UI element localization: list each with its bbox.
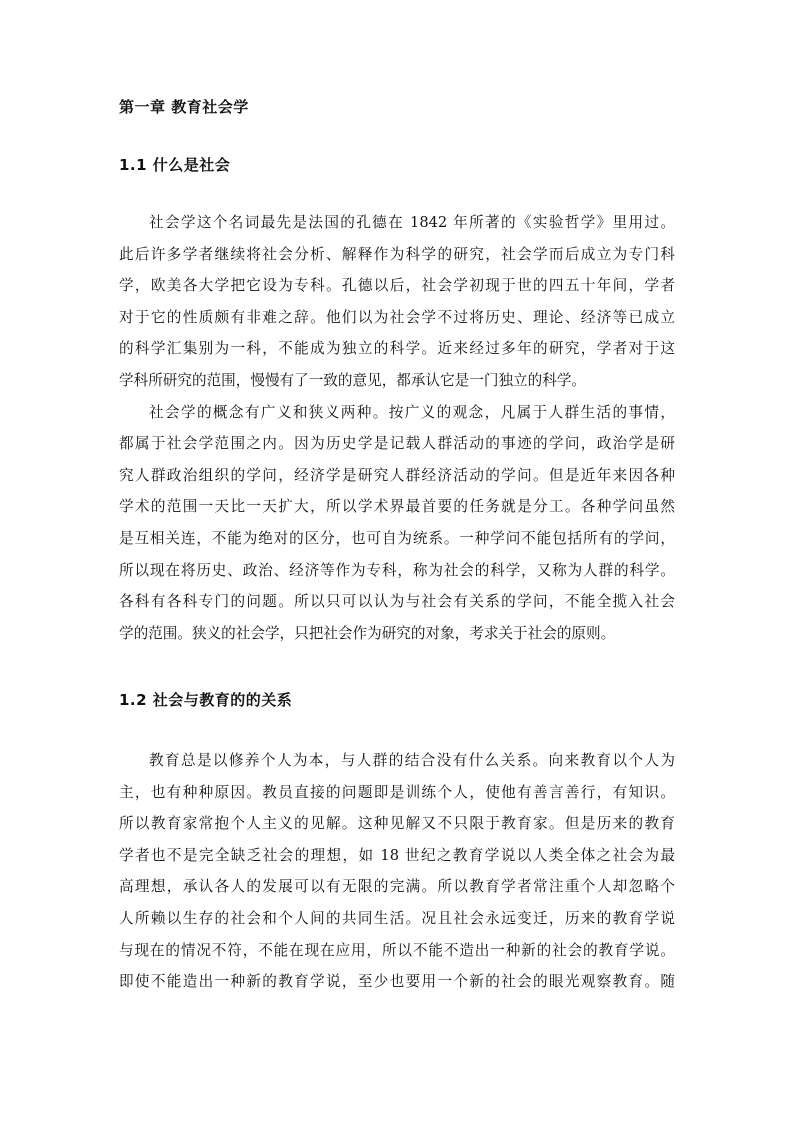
- paragraph-line: 人所赖以生存的社会和个人间的共同生活。况且社会永远变迁，历来的教育学说: [119, 908, 675, 940]
- section-1-1-body: 社会学这个名词最先是法国的孔德在 1842 年所著的《实验哲学》里用过。 此后许…: [119, 212, 675, 654]
- paragraph-line: 社会学的概念有广义和狭义两种。按广义的观念，凡属于人群生活的事情，: [119, 402, 675, 434]
- chapter-title: 第一章 教育社会学: [119, 96, 249, 118]
- paragraph-line: 的科学汇集别为一科，不能成为独立的科学。近来经过多年的研究，学者对于这: [119, 338, 675, 370]
- paragraph-line: 教育总是以修养个人为本，与人群的结合没有什么关系。向来教育以个人为: [119, 750, 675, 782]
- paragraph-line: 学的范围。狭义的社会学，只把社会作为研究的对象，考求关于社会的原则。: [119, 623, 675, 655]
- paragraph-line: 学科所研究的范围，慢慢有了一致的意见，都承认它是一门独立的科学。: [119, 370, 675, 402]
- paragraph-line: 学者也不是完全缺乏社会的理想，如 18 世纪之教育学说以人类全体之社会为最: [119, 845, 675, 877]
- paragraph-line: 都属于社会学范围之内。因为历史学是记载人群活动的事迹的学问，政治学是研: [119, 433, 675, 465]
- paragraph-line: 社会学这个名词最先是法国的孔德在 1842 年所著的《实验哲学》里用过。: [119, 212, 675, 244]
- paragraph-line: 所以现在将历史、政治、经济等作为专科，称为社会的科学，又称为人群的科学。: [119, 560, 675, 592]
- paragraph-line: 即使不能造出一种新的教育学说，至少也要用一个新的社会的眼光观察教育。随: [119, 971, 675, 1003]
- paragraph-line: 与现在的情况不符，不能在现在应用，所以不能不造出一种新的社会的教育学说。: [119, 940, 675, 972]
- section-title-1-1: 1.1 什么是社会: [119, 154, 230, 176]
- paragraph-line: 此后许多学者继续将社会分析、解释作为科学的研究，社会学而后成立为专门科: [119, 244, 675, 276]
- paragraph-line: 主，也有种种原因。教员直接的问题即是训练个人，使他有善言善行，有知识。: [119, 782, 675, 814]
- paragraph-line: 高理想，承认各人的发展可以有无限的完满。所以教育学者常注重个人却忽略个: [119, 876, 675, 908]
- paragraph-line: 所以教育家常抱个人主义的见解。这种见解又不只限于教育家。但是历来的教育: [119, 813, 675, 845]
- paragraph-line: 对于它的性质颇有非难之辞。他们以为社会学不过将历史、理论、经济等已成立: [119, 307, 675, 339]
- section-title-1-2: 1.2 社会与教育的的关系: [119, 689, 292, 711]
- paragraph-line: 究人群政治组织的学问，经济学是研究人群经济活动的学问。但是近年来因各种: [119, 465, 675, 497]
- section-1-2-body: 教育总是以修养个人为本，与人群的结合没有什么关系。向来教育以个人为 主，也有种种…: [119, 750, 675, 1003]
- paragraph-line: 学，欧美各大学把它设为专科。孔德以后，社会学初现于世的四五十年间，学者: [119, 275, 675, 307]
- paragraph-line: 学术的范围一天比一天扩大，所以学术界最首要的任务就是分工。各种学问虽然: [119, 496, 675, 528]
- paragraph-line: 各科有各科专门的问题。所以只可以认为与社会有关系的学问，不能全揽入社会: [119, 591, 675, 623]
- paragraph-line: 是互相关连，不能为绝对的区分，也可自为统系。一种学问不能包括所有的学问，: [119, 528, 675, 560]
